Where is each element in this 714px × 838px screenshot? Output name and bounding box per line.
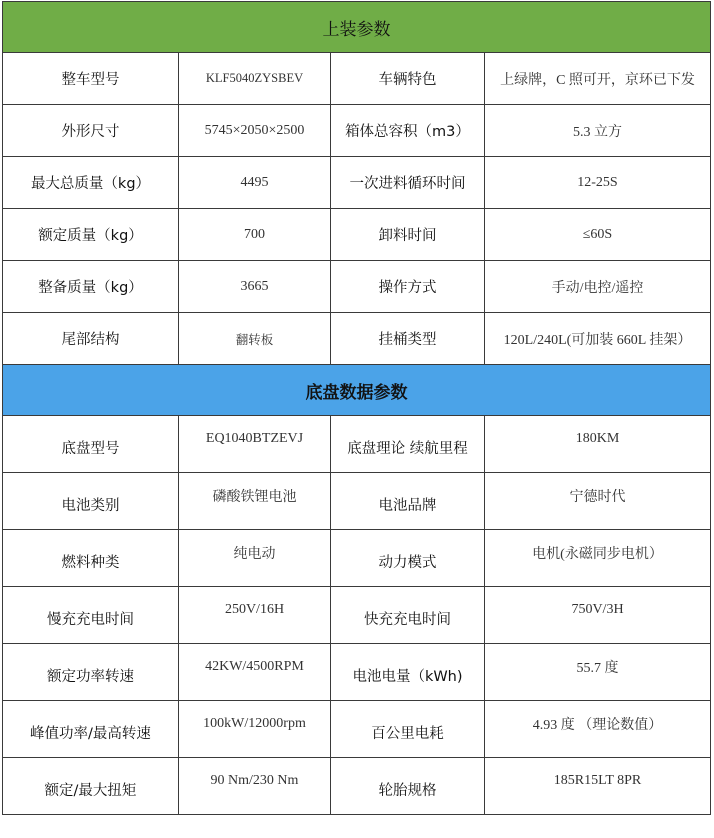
table-row: 外形尺寸 5745×2050×2500 箱体总容积（m3） 5.3 立方 xyxy=(3,105,711,157)
spec-value-text: 电机(永磁同步电机） xyxy=(532,547,663,562)
table-row: 电池类别 磷酸铁锂电池 电池品牌 宁德时代 xyxy=(3,473,711,530)
spec-value-text: 磷酸铁锂电池 xyxy=(213,490,297,505)
table-row: 额定/最大扭矩 90 Nm/230 Nm 轮胎规格 185R15LT 8PR xyxy=(3,758,711,815)
spec-value-text: 55.7 度 xyxy=(577,661,619,676)
spec-label: 动力模式 xyxy=(331,530,485,587)
spec-value: 180KM xyxy=(485,416,711,473)
spec-label: 峰值功率/最高转速 xyxy=(3,701,179,758)
table-row: 最大总质量（kg） 4495 一次进料循环时间 12-25S xyxy=(3,157,711,209)
spec-value: KLF5040ZYSBEV xyxy=(179,53,331,105)
spec-value: 翻转板 xyxy=(179,313,331,365)
spec-label-text: 峰值功率/最高转速 xyxy=(30,726,151,742)
spec-label-text: 电池电量（kWh) xyxy=(352,669,462,685)
spec-value: 12-25S xyxy=(485,157,711,209)
table-row: 慢充充电时间 250V/16H 快充充电时间 750V/3H xyxy=(3,587,711,644)
spec-value: 700 xyxy=(179,209,331,261)
spec-value: 纯电动 xyxy=(179,530,331,587)
spec-value-text: EQ1040BTZEVJ xyxy=(206,431,303,446)
spec-value: 磷酸铁锂电池 xyxy=(179,473,331,530)
spec-value: 手动/电控/遥控 xyxy=(485,261,711,313)
spec-value: 电机(永磁同步电机） xyxy=(485,530,711,587)
spec-label: 轮胎规格 xyxy=(331,758,485,815)
spec-value: 90 Nm/230 Nm xyxy=(179,758,331,815)
spec-label: 电池品牌 xyxy=(331,473,485,530)
table-row: 额定质量（kg） 700 卸料时间 ≤60S xyxy=(3,209,711,261)
spec-value-text: 纯电动 xyxy=(234,547,276,562)
spec-label: 操作方式 xyxy=(331,261,485,313)
spec-label-text: 底盘理论 续航里程 xyxy=(347,441,468,457)
spec-label-text: 慢充充电时间 xyxy=(47,612,134,628)
spec-value: 3665 xyxy=(179,261,331,313)
spec-label: 电池电量（kWh) xyxy=(331,644,485,701)
spec-value-text: 185R15LT 8PR xyxy=(554,773,642,788)
spec-value: ≤60S xyxy=(485,209,711,261)
spec-label-text: 动力模式 xyxy=(379,555,437,571)
table-row: 整备质量（kg） 3665 操作方式 手动/电控/遥控 xyxy=(3,261,711,313)
spec-label-text: 轮胎规格 xyxy=(379,783,437,799)
spec-value: 100kW/12000rpm xyxy=(179,701,331,758)
spec-label: 额定质量（kg） xyxy=(3,209,179,261)
section-header-upper-body: 上装参数 xyxy=(3,2,711,53)
spec-label: 外形尺寸 xyxy=(3,105,179,157)
spec-value-text: 宁德时代 xyxy=(570,490,626,505)
spec-value-text: 42KW/4500RPM xyxy=(205,659,304,674)
table-row: 整车型号 KLF5040ZYSBEV 车辆特色 上绿牌，C 照可开，京环已下发 xyxy=(3,53,711,105)
spec-label-text: 额定/最大扭矩 xyxy=(45,783,137,799)
spec-label-text: 百公里电耗 xyxy=(371,726,444,742)
spec-label: 最大总质量（kg） xyxy=(3,157,179,209)
spec-label: 箱体总容积（m3） xyxy=(331,105,485,157)
spec-label: 额定/最大扭矩 xyxy=(3,758,179,815)
spec-value: 42KW/4500RPM xyxy=(179,644,331,701)
spec-value: 55.7 度 xyxy=(485,644,711,701)
spec-label-text: 快充充电时间 xyxy=(364,612,451,628)
spec-value: EQ1040BTZEVJ xyxy=(179,416,331,473)
spec-label: 电池类别 xyxy=(3,473,179,530)
spec-label: 燃料种类 xyxy=(3,530,179,587)
spec-value-text: 4.93 度 （理论数值） xyxy=(533,718,663,733)
section-title: 上装参数 xyxy=(3,2,711,53)
spec-value: 120L/240L(可加装 660L 挂架） xyxy=(485,313,711,365)
spec-label: 卸料时间 xyxy=(331,209,485,261)
spec-value: 185R15LT 8PR xyxy=(485,758,711,815)
spec-value: 上绿牌，C 照可开，京环已下发 xyxy=(485,53,711,105)
spec-value-text: 90 Nm/230 Nm xyxy=(211,773,299,788)
spec-value: 250V/16H xyxy=(179,587,331,644)
table-row: 燃料种类 纯电动 动力模式 电机(永磁同步电机） xyxy=(3,530,711,587)
spec-value: 5745×2050×2500 xyxy=(179,105,331,157)
table-row: 尾部结构 翻转板 挂桶类型 120L/240L(可加装 660L 挂架） xyxy=(3,313,711,365)
spec-label: 百公里电耗 xyxy=(331,701,485,758)
spec-label-text: 电池品牌 xyxy=(379,498,437,514)
spec-label: 快充充电时间 xyxy=(331,587,485,644)
section-title: 底盘数据参数 xyxy=(3,365,711,416)
section-header-chassis: 底盘数据参数 xyxy=(3,365,711,416)
spec-label-text: 燃料种类 xyxy=(62,555,120,571)
spec-value: 5.3 立方 xyxy=(485,105,711,157)
spec-label: 整备质量（kg） xyxy=(3,261,179,313)
table-row: 底盘型号 EQ1040BTZEVJ 底盘理论 续航里程 180KM xyxy=(3,416,711,473)
spec-label-text: 额定功率转速 xyxy=(47,669,134,685)
spec-value-text: 750V/3H xyxy=(571,602,623,617)
table-row: 额定功率转速 42KW/4500RPM 电池电量（kWh) 55.7 度 xyxy=(3,644,711,701)
spec-value-text: 250V/16H xyxy=(225,602,284,617)
spec-label: 尾部结构 xyxy=(3,313,179,365)
spec-value: 4.93 度 （理论数值） xyxy=(485,701,711,758)
spec-value: 750V/3H xyxy=(485,587,711,644)
spec-label: 额定功率转速 xyxy=(3,644,179,701)
spec-label: 底盘理论 续航里程 xyxy=(331,416,485,473)
vehicle-spec-table: 上装参数 整车型号 KLF5040ZYSBEV 车辆特色 上绿牌，C 照可开，京… xyxy=(2,1,711,815)
spec-label-text: 底盘型号 xyxy=(62,441,120,457)
spec-label: 车辆特色 xyxy=(331,53,485,105)
spec-label-text: 电池类别 xyxy=(62,498,120,514)
spec-label: 底盘型号 xyxy=(3,416,179,473)
spec-value-text: 180KM xyxy=(576,431,620,446)
table-row: 峰值功率/最高转速 100kW/12000rpm 百公里电耗 4.93 度 （理… xyxy=(3,701,711,758)
spec-value: 4495 xyxy=(179,157,331,209)
spec-label: 一次进料循环时间 xyxy=(331,157,485,209)
spec-label: 慢充充电时间 xyxy=(3,587,179,644)
spec-label: 挂桶类型 xyxy=(331,313,485,365)
spec-value-text: 100kW/12000rpm xyxy=(203,716,306,731)
spec-label: 整车型号 xyxy=(3,53,179,105)
spec-value: 宁德时代 xyxy=(485,473,711,530)
